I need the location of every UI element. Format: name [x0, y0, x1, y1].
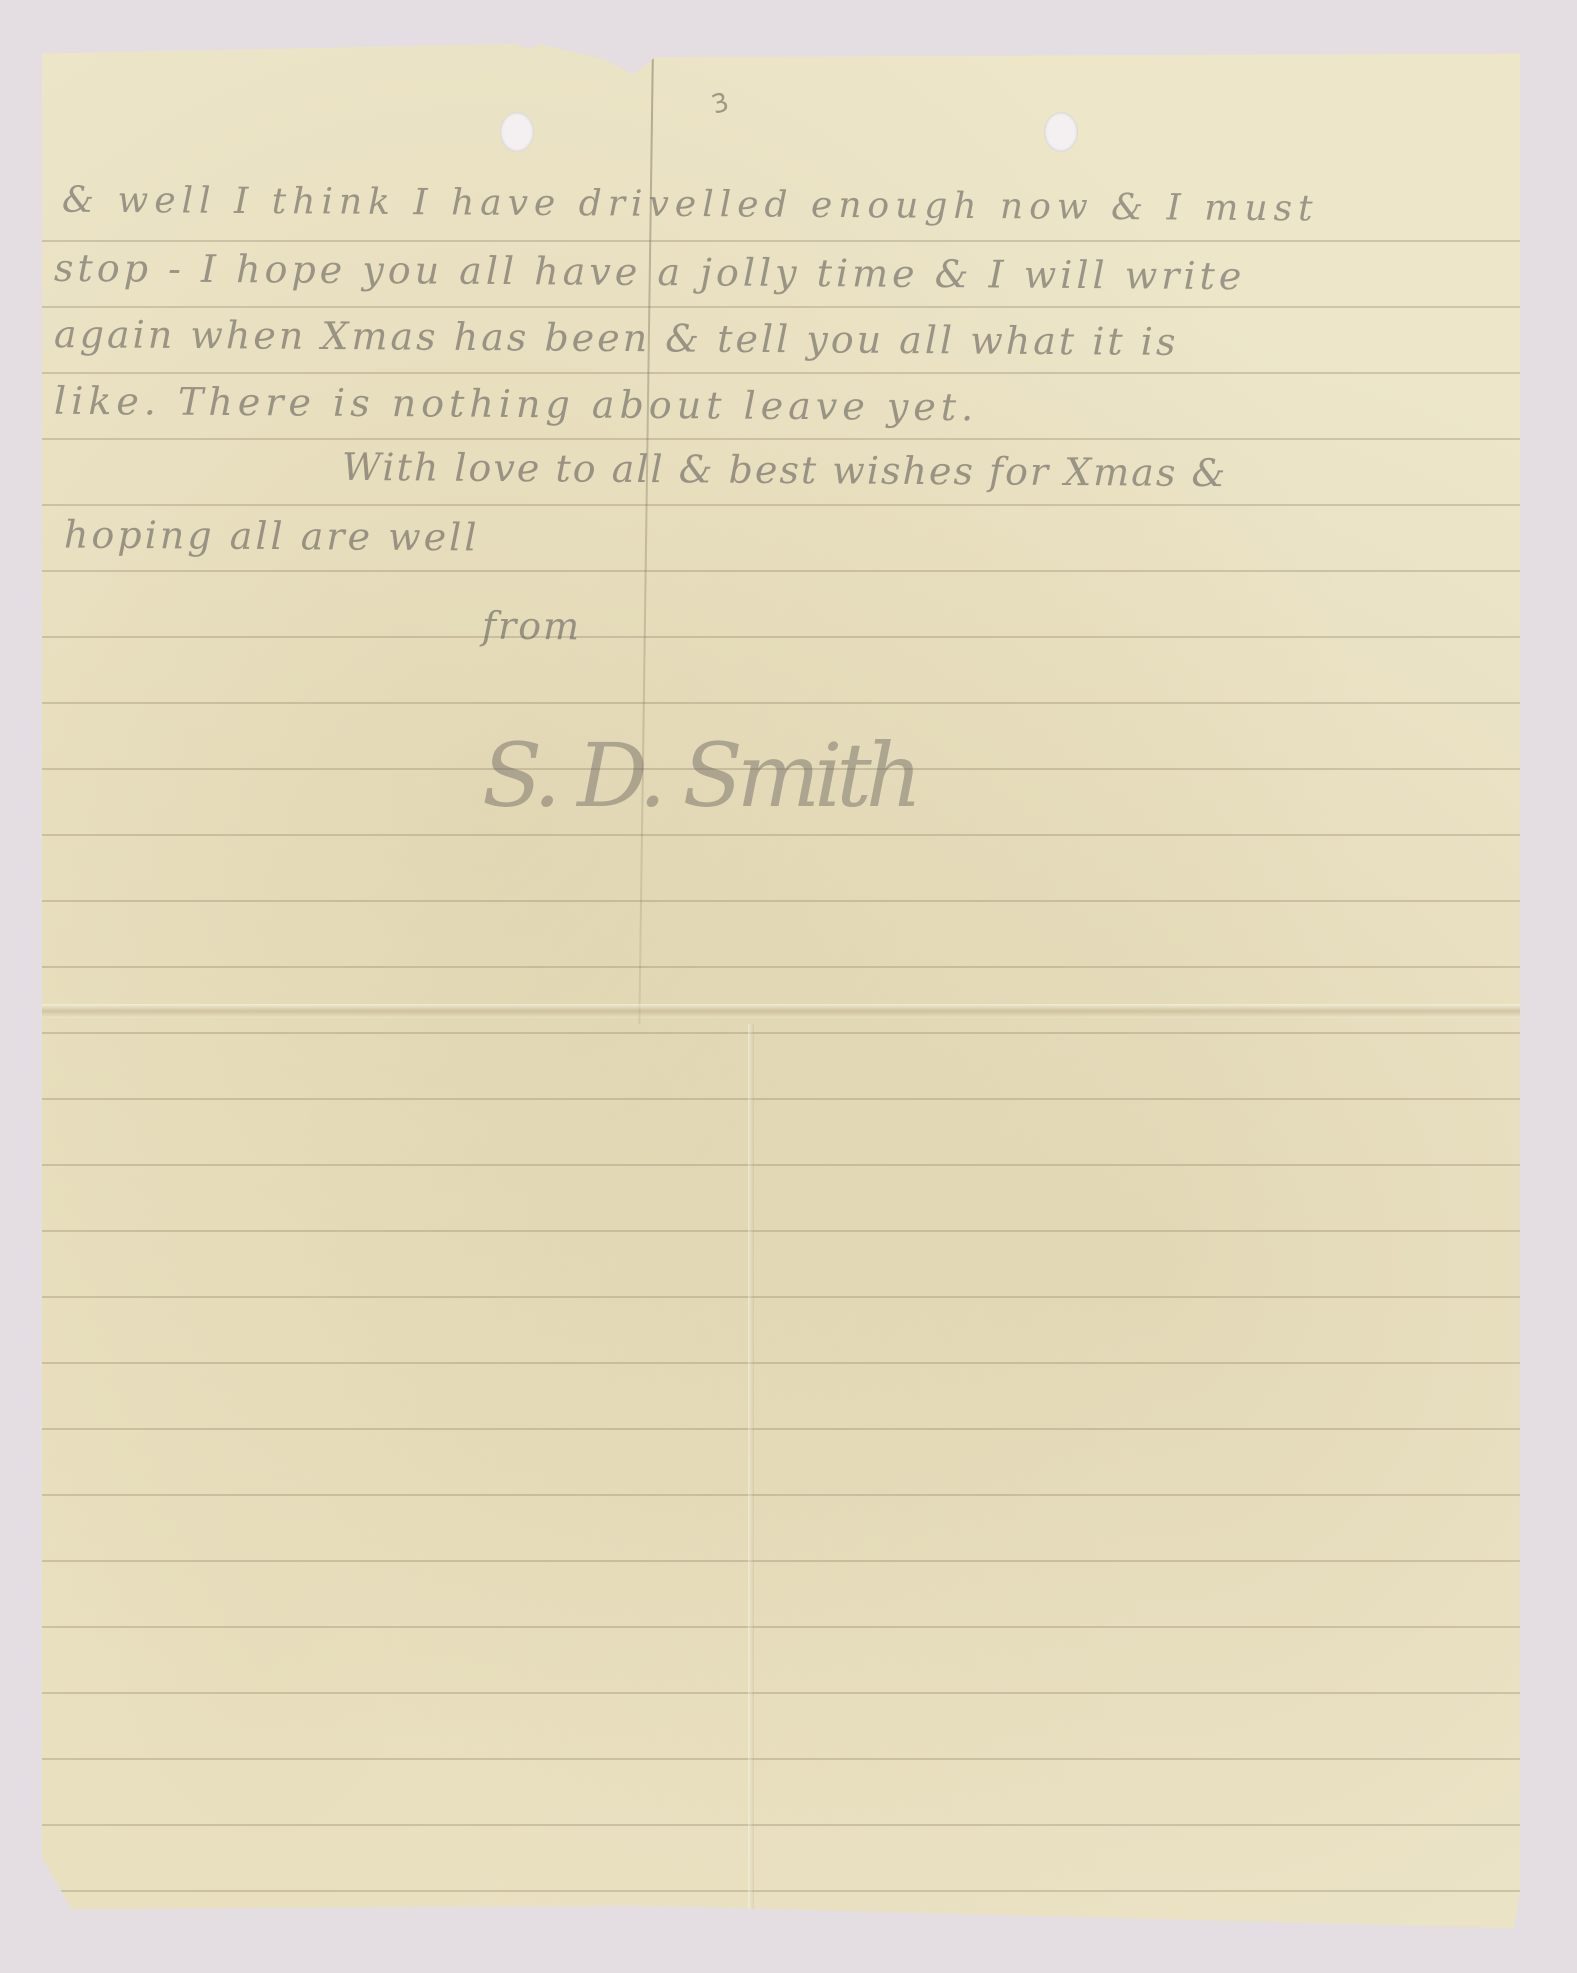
letter-line-6: hoping all are well — [64, 513, 480, 560]
letter-line-2: stop - I hope you all have a jolly time … — [54, 246, 1246, 298]
ruled-line — [42, 240, 1520, 242]
letter-line-3: again when Xmas has been & tell you all … — [54, 312, 1179, 364]
ruled-line — [42, 306, 1520, 308]
punch-hole-left — [500, 112, 534, 152]
ruled-line — [42, 438, 1520, 440]
ruled-line — [42, 1560, 1520, 1562]
ruled-line — [42, 834, 1520, 836]
letter-line-4: like. There is nothing about leave yet. — [54, 379, 978, 429]
ruled-line — [42, 1824, 1520, 1826]
ruled-line — [42, 1098, 1520, 1100]
closing-from: from — [482, 604, 581, 649]
ruled-line — [42, 1296, 1520, 1298]
ruled-line — [42, 1230, 1520, 1232]
ruled-line — [42, 966, 1520, 968]
ruled-line — [42, 1692, 1520, 1694]
ruled-line — [42, 504, 1520, 506]
ruled-line — [42, 1626, 1520, 1628]
letter-line-5: With love to all & best wishes for Xmas … — [342, 445, 1228, 495]
ruled-line — [42, 1032, 1520, 1034]
ruled-line — [42, 900, 1520, 902]
ruled-line — [42, 1362, 1520, 1364]
ruled-line — [42, 1890, 1520, 1892]
ruled-line — [42, 702, 1520, 704]
letter-line-1: & well I think I have drivelled enough n… — [62, 180, 1319, 230]
ruled-line — [42, 372, 1520, 374]
ruled-line — [42, 570, 1520, 572]
ruled-line — [42, 1428, 1520, 1430]
ruled-line — [42, 1164, 1520, 1166]
ruled-line — [42, 1494, 1520, 1496]
letter-paper: 3 & well I think I have drivelled enough… — [42, 44, 1520, 1932]
page-number: 3 — [708, 87, 732, 120]
ruled-line — [42, 1758, 1520, 1760]
vertical-fold — [748, 1024, 754, 1932]
ruled-line — [42, 636, 1520, 638]
signature: S. D. Smith — [482, 724, 916, 827]
horizontal-fold — [42, 1004, 1520, 1018]
punch-hole-right — [1044, 112, 1078, 152]
